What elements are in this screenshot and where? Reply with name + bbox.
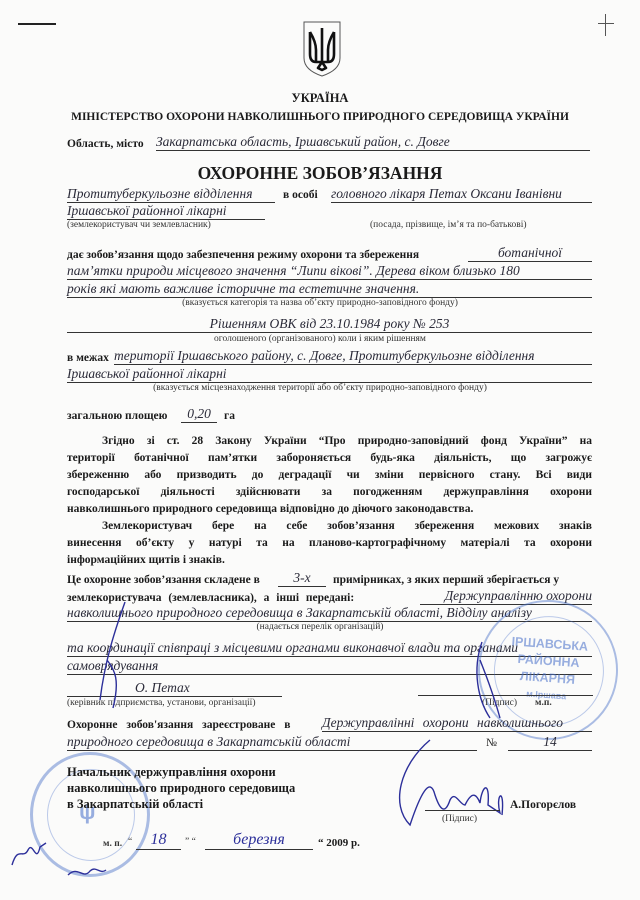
hospital-signature-scribble [470, 640, 510, 720]
coat-of-arms-icon [302, 20, 342, 78]
chief-name: А.Погорєлов [510, 799, 576, 811]
paragraph-1-line-2: території ботанічної пам’ятки забороняєт… [67, 452, 592, 464]
person-field[interactable]: головного лікаря Петах Оксани Іванівни [331, 186, 592, 203]
date-quotes: ” “ [185, 837, 196, 847]
paragraph-2-line-2: винесення об’єкту у натурі та на планово… [67, 537, 592, 549]
paragraph-1-line-1: Згідно зі ст. 28 Закону України “Про при… [102, 435, 592, 447]
registration-label: Охоронне зобов'язання зареєстроване в [67, 719, 290, 731]
obligation-field-line3[interactable]: років які мають важливе історичне та ест… [67, 281, 592, 298]
paragraph-1-line-5: навколишнього природного середовища відп… [67, 503, 473, 515]
registration-field-line1[interactable]: Держуправлінні охорони навколишнього [322, 715, 592, 732]
document-title: ОХОРОННЕ ЗОБОВ’ЯЗАННЯ [0, 163, 640, 184]
boundaries-field-line1[interactable]: території Іршавського району, с. Довге, … [114, 348, 592, 365]
copies-label-before: Це охоронне зобов’язання складене в [67, 574, 260, 586]
decision-field[interactable]: Рішенням ОВК від 23.10.1984 року № 253 [67, 316, 592, 333]
paragraph-1-line-4: господарської діяльності здійснювати за … [67, 486, 592, 498]
area-field[interactable]: 0,20 [181, 406, 217, 423]
ministry-heading: МІНІСТЕРСТВО ОХОРОНИ НАВКОЛИШНЬОГО ПРИРО… [0, 111, 640, 123]
boundaries-hint: (вказується місцезнаходження території а… [0, 383, 640, 393]
obligation-field-line2[interactable]: пам’ятки природи місцевого значення “Лип… [67, 263, 592, 280]
chief-title-line-3: в Закарпатській області [67, 797, 203, 812]
area-label: загальною площею [67, 410, 167, 422]
initials-scribble [8, 835, 108, 885]
boundaries-label: в межах [67, 352, 109, 364]
person-hint: (посада, прізвище, ім’я та по-батькові) [370, 220, 527, 230]
chief-signature-line[interactable] [425, 810, 500, 811]
region-field[interactable]: Закарпатська область, Іршавський район, … [156, 134, 590, 151]
landuser-field-line1[interactable]: Протитуберкульозне відділення [67, 186, 275, 203]
chief-title-line-1: Начальник держуправління охорони [67, 765, 276, 780]
obligation-hint: (вказується категорія та назва об’єкту п… [0, 298, 640, 308]
landuser-field-line2[interactable]: Іршавської районної лікарні [67, 203, 265, 220]
boundaries-field-line2[interactable]: Іршавської районної лікарні [67, 366, 592, 383]
in-person-label: в особі [283, 189, 318, 201]
decision-hint: оголошеного (організованого) коли і яким… [0, 334, 640, 344]
paragraph-2-line-1: Землекористувач бере на себе зобов’язанн… [102, 520, 592, 532]
country-heading: УКРАЇНА [0, 91, 640, 106]
landuser-hint: (землекористувач чи землевласник) [67, 220, 211, 230]
registration-number-field[interactable]: 14 [508, 734, 592, 751]
obligation-field-line1[interactable]: ботанічної [468, 245, 592, 262]
crosshair-mark [598, 14, 614, 36]
head-signature-scribble [85, 600, 145, 710]
copies-count-field[interactable]: 3-х [278, 570, 326, 587]
date-year: “ 2009 р. [318, 837, 360, 849]
date-open-quote: “ [128, 837, 132, 847]
chief-title-line-2: навколишнього природного середовища [67, 781, 295, 796]
paragraph-2-line-3: інформаційних щитів і знаків. [67, 554, 225, 566]
region-label: Область, місто [67, 138, 144, 150]
copies-label-after: примірниках, з яких перший зберігається … [333, 574, 559, 586]
obligation-label: дає зобов’язання щодо забезпечення режим… [67, 249, 419, 261]
area-unit: га [224, 410, 235, 422]
date-month-field[interactable]: березня [205, 831, 313, 850]
corner-mark [18, 23, 56, 25]
head-seal-label: м.п. [535, 698, 552, 708]
date-day-field[interactable]: 18 [136, 831, 181, 850]
paragraph-1-line-3: збереженню або призводить до деградації … [67, 469, 592, 481]
chief-signature-hint: (Підпис) [442, 814, 477, 824]
